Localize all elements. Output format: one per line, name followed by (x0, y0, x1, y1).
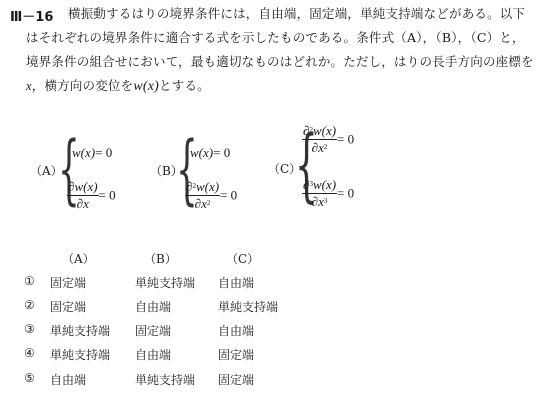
condition-c-top-eq: ∂2w(x) ∂x2 = 0 (302, 124, 354, 155)
choice-1-number[interactable]: ① (24, 274, 35, 288)
choice-1-c: 自由端 (218, 274, 254, 291)
choice-2-a: 固定端 (50, 298, 86, 315)
column-header-c: （C） (226, 250, 259, 267)
choice-3-b: 固定端 (135, 322, 171, 339)
choice-5-a: 自由端 (50, 371, 86, 388)
fraction: ∂2w(x) ∂x2 (185, 180, 220, 211)
rhs: = 0 (99, 188, 116, 203)
question-text-line-1: 横振動するはりの境界条件には，自由端，固定端，単純支持端などがある。以下 (68, 6, 525, 22)
rhs: = 0 (95, 145, 112, 160)
choice-1-a: 固定端 (50, 274, 86, 291)
choice-1-b: 単純支持端 (135, 274, 195, 291)
order: 2 (207, 199, 211, 207)
order: 3 (309, 180, 313, 188)
rhs: = 0 (337, 186, 354, 201)
rhs: = 0 (337, 132, 354, 147)
question-text-line-4: x，横方向の変位をw(x)とする。 (26, 78, 210, 95)
numerator-func: w(x) (196, 179, 219, 194)
func-w-x: w(x) (133, 79, 159, 94)
choice-2-c: 単純支持端 (218, 298, 278, 315)
choice-3-a: 単純支持端 (50, 322, 110, 339)
choice-2-number[interactable]: ② (24, 298, 35, 312)
fraction: ∂2w(x) ∂x2 (302, 124, 337, 155)
numerator-func: w(x) (74, 179, 97, 194)
choice-4-c: 固定端 (218, 346, 254, 363)
fraction: ∂w(x) ∂x (67, 180, 99, 211)
column-header-a: （A） (62, 250, 95, 267)
condition-a-top-eq: w(x)= 0 (72, 145, 112, 161)
choice-5-b: 単純支持端 (135, 371, 195, 388)
condition-b-bottom-eq: ∂2w(x) ∂x2 = 0 (185, 180, 237, 211)
choice-4-a: 単純支持端 (50, 346, 110, 363)
order: 2 (324, 143, 328, 151)
numerator-func: w(x) (313, 177, 336, 192)
choice-4-number[interactable]: ④ (24, 346, 35, 360)
denominator: ∂x (312, 194, 324, 209)
question-text-line-2: はそれぞれの境界条件に適合する式を示したものである。条件式（A），（B），（C）… (26, 30, 525, 46)
condition-a-bottom-eq: ∂w(x) ∂x = 0 (67, 180, 116, 211)
order: 3 (324, 197, 328, 205)
lhs: w(x) (72, 145, 95, 160)
choice-3-c: 自由端 (218, 322, 254, 339)
column-header-b: （B） (144, 250, 177, 267)
question-text-line-3: 境界条件の組合せにおいて，最も適切なものはどれか。ただし，はりの長手方向の座標を (26, 54, 534, 70)
choice-2-b: 自由端 (135, 298, 171, 315)
denominator: ∂x (195, 196, 207, 211)
condition-c-bottom-eq: ∂3w(x) ∂x3 = 0 (302, 178, 354, 209)
choice-3-number[interactable]: ③ (24, 322, 35, 336)
rhs: = 0 (213, 145, 230, 160)
denominator: ∂x (77, 196, 89, 211)
choice-4-b: 自由端 (135, 346, 171, 363)
denominator: ∂x (312, 140, 324, 155)
question-number: Ⅲ－16 (10, 6, 53, 25)
text-mid: ，横方向の変位を (32, 78, 134, 93)
choice-5-number[interactable]: ⑤ (24, 371, 35, 385)
fraction: ∂3w(x) ∂x3 (302, 178, 337, 209)
order: 2 (192, 182, 196, 190)
lhs: w(x) (190, 145, 213, 160)
choice-5-c: 固定端 (218, 371, 254, 388)
order: 2 (309, 126, 313, 134)
numerator-func: w(x) (313, 123, 336, 138)
condition-b-top-eq: w(x)= 0 (190, 145, 230, 161)
text-end: とする。 (159, 78, 210, 93)
rhs: = 0 (220, 188, 237, 203)
